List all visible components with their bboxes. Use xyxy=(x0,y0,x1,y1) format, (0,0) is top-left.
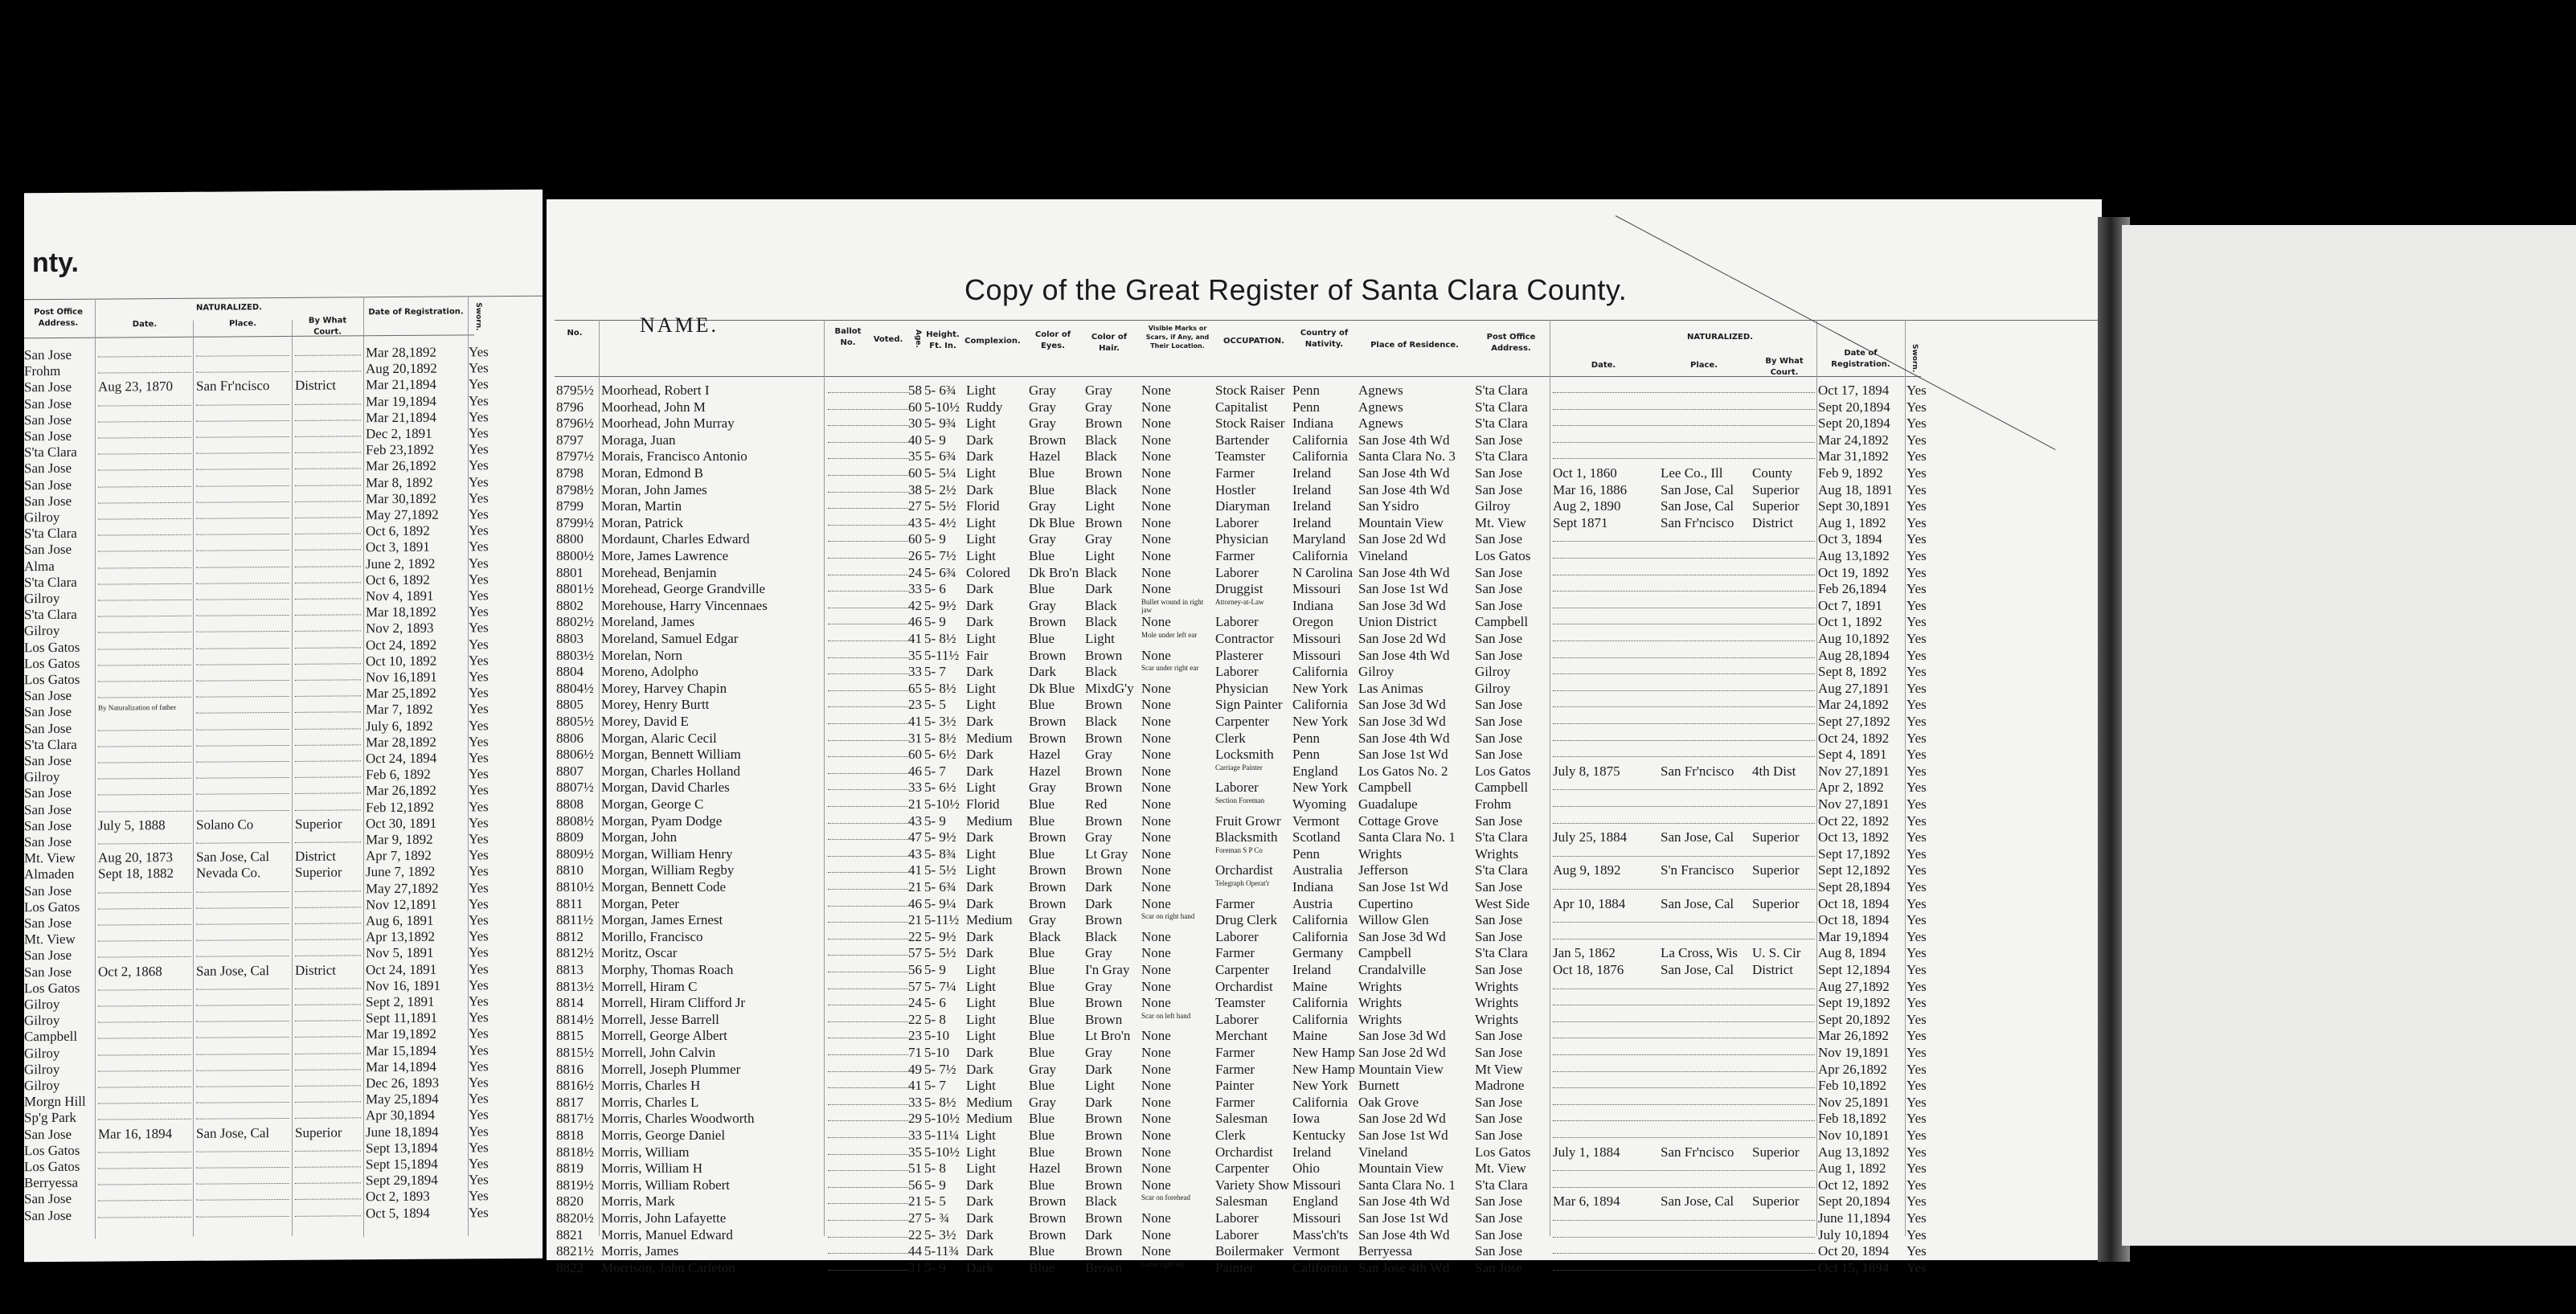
sworn-cell: Yes xyxy=(1906,796,1935,812)
residence-cell: Jefferson xyxy=(1358,862,1471,878)
registration-date-cell: Sept 15,1894 xyxy=(366,1156,466,1172)
post-office-cell: San Jose xyxy=(1475,1095,1549,1110)
sworn-cell: Yes xyxy=(1906,763,1935,779)
nativity-cell: California xyxy=(1292,448,1357,464)
hair-color-cell: Black xyxy=(1085,598,1140,613)
register-number: 8815½ xyxy=(556,1045,600,1060)
sworn-cell: Yes xyxy=(469,522,501,538)
dotted-leader xyxy=(295,930,361,941)
complexion-cell: Light xyxy=(966,681,1026,696)
dotted-leader xyxy=(1553,383,1815,393)
sworn-cell: Yes xyxy=(469,702,501,717)
sworn-cell: Yes xyxy=(1906,614,1935,629)
occupation-cell: Laborer xyxy=(1215,1210,1292,1226)
table-row: San JoseOct 3, 1891Yes xyxy=(24,538,506,557)
residence-cell: Oak Grove xyxy=(1358,1095,1471,1110)
dotted-leader xyxy=(828,1160,908,1171)
post-office-cell: San Jose xyxy=(24,834,95,850)
height-cell: 5- 5½ xyxy=(924,862,964,878)
header-post-office: Post Office Address. xyxy=(1475,332,1547,354)
dotted-leader xyxy=(196,800,289,812)
age-cell: 35 xyxy=(908,648,924,663)
post-office-cell: Mt. View xyxy=(24,850,95,866)
table-row: CampbellMar 19,1892Yes xyxy=(24,1025,506,1044)
sworn-cell: Yes xyxy=(1906,1210,1935,1226)
hair-color-cell: Red xyxy=(1085,796,1140,812)
post-office-cell: San Jose xyxy=(24,753,95,769)
dotted-leader xyxy=(1553,813,1815,824)
sworn-cell: Yes xyxy=(1906,498,1935,514)
table-row: 8810Morgan, William Regby415- 5½LightBro… xyxy=(547,862,2090,878)
complexion-cell: Light xyxy=(966,1012,1026,1027)
dotted-leader xyxy=(98,346,191,358)
header-height: Height. Ft. In. xyxy=(923,330,963,352)
hair-color-cell: Brown xyxy=(1085,1243,1140,1259)
visible-marks-cell: None xyxy=(1141,1078,1214,1093)
eye-color-cell: Blue xyxy=(1029,1078,1083,1093)
sworn-cell: Yes xyxy=(1906,1177,1935,1193)
post-office-cell: Campbell xyxy=(1475,780,1549,795)
eye-color-cell: Blue xyxy=(1029,1012,1083,1027)
hair-color-cell: Black xyxy=(1085,664,1140,679)
table-row: 8807Morgan, Charles Holland465- 7DarkHaz… xyxy=(547,763,2090,779)
eye-color-cell: Hazel xyxy=(1029,448,1083,464)
post-office-cell: San Jose xyxy=(1475,912,1549,927)
hair-color-cell: Brown xyxy=(1085,465,1140,481)
sworn-cell: Yes xyxy=(1906,664,1935,679)
registration-date-cell: Oct 3, 1891 xyxy=(366,539,466,555)
left-header-nat-place: Place. xyxy=(195,318,291,330)
height-cell: 5-11½ xyxy=(924,912,964,927)
occupation-cell: Laborer xyxy=(1215,515,1292,530)
register-number: 8813 xyxy=(556,962,600,977)
nativity-cell: Missouri xyxy=(1292,648,1357,663)
hair-color-cell: Gray xyxy=(1085,531,1140,546)
hair-color-cell: Brown xyxy=(1085,648,1140,663)
visible-marks-cell: None xyxy=(1141,747,1214,762)
registration-date-cell: Oct 24, 1892 xyxy=(366,637,466,653)
residence-cell: San Jose 3d Wd xyxy=(1358,1028,1471,1043)
residence-cell: Wrights xyxy=(1358,995,1471,1010)
post-office-cell: S'ta Clara xyxy=(1475,383,1549,398)
registration-date-cell: Sept 27,1892 xyxy=(1818,714,1905,729)
voter-name: Morehead, Benjamin xyxy=(601,565,822,580)
nat-court-cell: U. S. Cir xyxy=(1752,945,1816,960)
age-cell: 42 xyxy=(908,598,924,613)
nat-date-cell: Aug 20, 1873 xyxy=(98,849,193,866)
visible-marks-cell: None xyxy=(1141,1243,1214,1259)
nativity-cell: California xyxy=(1292,1012,1357,1027)
occupation-cell: Clerk xyxy=(1215,1128,1292,1143)
register-number: 8802 xyxy=(556,598,600,613)
dotted-leader xyxy=(98,557,191,568)
nat-place-cell: San Jose, Cal xyxy=(196,849,291,865)
hair-color-cell: Light xyxy=(1085,548,1140,563)
dotted-leader xyxy=(98,574,191,585)
nat-place-cell: San Jose, Cal xyxy=(1661,829,1751,845)
dotted-leader xyxy=(1553,631,1815,641)
sworn-cell: Yes xyxy=(469,1140,501,1155)
dotted-leader xyxy=(828,432,908,443)
dotted-leader xyxy=(98,882,191,893)
dotted-leader xyxy=(828,1243,908,1254)
voter-name: Morey, Harvey Chapin xyxy=(601,681,822,696)
page-title: Copy of the Great Register of Santa Clar… xyxy=(964,273,1627,307)
hair-color-cell: Black xyxy=(1085,448,1140,464)
occupation-cell: Laborer xyxy=(1215,565,1292,580)
visible-marks-cell: None xyxy=(1141,1177,1214,1193)
post-office-cell: San Jose xyxy=(24,395,95,411)
visible-marks-cell: None xyxy=(1141,945,1214,960)
dotted-leader xyxy=(196,768,289,779)
sworn-cell: Yes xyxy=(1906,1243,1935,1259)
eye-color-cell: Blue xyxy=(1029,846,1083,862)
register-number: 8815 xyxy=(556,1028,600,1043)
dotted-leader xyxy=(1553,531,1815,542)
registration-date-cell: Apr 26,1892 xyxy=(1818,1062,1905,1077)
eye-color-cell: Brown xyxy=(1029,714,1083,729)
dotted-leader xyxy=(98,655,191,666)
registration-date-cell: Sept 4, 1891 xyxy=(1818,747,1905,762)
dotted-leader xyxy=(98,428,191,439)
sworn-cell: Yes xyxy=(1906,598,1935,613)
header-name: NAME. xyxy=(611,320,747,331)
table-row: 8802Morehouse, Harry Vincennaes425- 9½Da… xyxy=(547,598,2090,613)
eye-color-cell: Blue xyxy=(1029,1045,1083,1060)
hair-color-cell: Brown xyxy=(1085,912,1140,927)
height-cell: 5-10½ xyxy=(924,1144,964,1160)
post-office-cell: San Jose xyxy=(24,720,95,736)
voter-name: Morrell, Jesse Barrell xyxy=(601,1012,822,1027)
dotted-leader xyxy=(828,515,908,526)
registration-date-cell: Nov 2, 1893 xyxy=(366,620,466,637)
hair-color-cell: Gray xyxy=(1085,979,1140,994)
post-office-cell: San Jose xyxy=(1475,1193,1549,1209)
height-cell: 5-11½ xyxy=(924,648,964,663)
residence-cell: San Jose 2d Wd xyxy=(1358,1111,1471,1126)
voter-name: Moreland, Samuel Edgar xyxy=(601,631,822,646)
table-row: Los GatosSept 15,1894Yes xyxy=(24,1156,506,1174)
complexion-cell: Light xyxy=(966,465,1026,481)
height-cell: 5- 4½ xyxy=(924,515,964,530)
eye-color-cell: Dk Blue xyxy=(1029,515,1083,530)
post-office-cell: Gilroy xyxy=(24,510,95,526)
age-cell: 33 xyxy=(908,664,924,679)
nat-court-cell: District xyxy=(295,848,363,864)
registration-date-cell: Mar 24,1892 xyxy=(1818,697,1905,712)
post-office-cell: S'ta Clara xyxy=(1475,862,1549,878)
table-row: San JoseMay 27,1892Yes xyxy=(24,880,506,899)
height-cell: 5- 3½ xyxy=(924,714,964,729)
occupation-cell: Physician xyxy=(1215,531,1292,546)
voter-name: Morillo, Francisco xyxy=(601,929,822,944)
dotted-leader xyxy=(295,718,361,730)
table-row: San JoseAug 23, 1870San Fr'nciscoDistric… xyxy=(24,376,506,395)
height-cell: 5-10½ xyxy=(924,796,964,812)
occupation-cell: Carpenter xyxy=(1215,962,1292,977)
occupation-cell: Drug Clerk xyxy=(1215,912,1292,927)
dotted-leader xyxy=(1553,780,1815,790)
age-cell: 24 xyxy=(908,995,924,1010)
table-row: AlmaJune 2, 1892Yes xyxy=(24,555,506,574)
eye-color-cell: Blue xyxy=(1029,1177,1083,1193)
eye-color-cell: Gray xyxy=(1029,383,1083,398)
nat-date-cell: Aug 9, 1892 xyxy=(1553,862,1659,878)
dotted-leader xyxy=(98,460,191,471)
voter-name: Morris, William Robert xyxy=(601,1177,822,1193)
residence-cell: Vineland xyxy=(1358,548,1471,563)
post-office-cell: Almaden xyxy=(24,866,95,882)
nativity-cell: Ireland xyxy=(1292,962,1357,977)
register-number: 8817 xyxy=(556,1095,600,1110)
nat-place-cell: San Jose, Cal xyxy=(1661,498,1751,514)
sworn-cell: Yes xyxy=(469,783,501,798)
registration-date-cell: Aug 13,1892 xyxy=(1818,548,1905,563)
hair-color-cell: Black xyxy=(1085,929,1140,944)
post-office-cell: San Jose xyxy=(1475,598,1549,613)
age-cell: 58 xyxy=(908,383,924,398)
post-office-cell: San Jose xyxy=(24,882,95,899)
dotted-leader xyxy=(1553,415,1815,426)
age-cell: 51 xyxy=(908,1160,924,1176)
header-marks: Visible Marks or Scars, if Any, and Thei… xyxy=(1141,324,1214,350)
age-cell: 57 xyxy=(908,945,924,960)
sworn-cell: Yes xyxy=(1906,697,1935,712)
dotted-leader xyxy=(295,394,361,405)
height-cell: 5- 9 xyxy=(924,531,964,546)
dotted-leader xyxy=(98,1028,191,1039)
header-rule xyxy=(555,320,2098,321)
sworn-cell: Yes xyxy=(469,441,501,456)
voter-name: Morris, William xyxy=(601,1144,822,1160)
complexion-cell: Light xyxy=(966,383,1026,398)
dotted-leader xyxy=(295,1206,361,1217)
complexion-cell: Light xyxy=(966,846,1026,862)
registration-date-cell: Oct 15, 1894 xyxy=(1818,1260,1905,1275)
nat-court-cell: Superior xyxy=(1752,482,1816,497)
complexion-cell: Light xyxy=(966,862,1026,878)
post-office-cell: S'ta Clara xyxy=(24,574,95,590)
post-office-cell: Wrights xyxy=(1475,1012,1549,1027)
nat-court-cell: District xyxy=(1752,962,1816,977)
post-office-cell: Gilroy xyxy=(1475,498,1549,514)
register-number: 8811 xyxy=(556,896,600,911)
header-residence: Place of Residence. xyxy=(1358,340,1471,351)
registration-date-cell: Oct 22, 1892 xyxy=(1818,813,1905,829)
occupation-cell: Farmer xyxy=(1215,548,1292,563)
residence-cell: Campbell xyxy=(1358,945,1471,960)
table-row: GilroySept 11,1891Yes xyxy=(24,1009,506,1028)
dotted-leader xyxy=(98,590,191,601)
table-row: 8800½More, James Lawrence265- 7½LightBlu… xyxy=(547,548,2090,563)
occupation-cell: Blacksmith xyxy=(1215,829,1292,845)
height-cell: 5- 3½ xyxy=(924,1227,964,1242)
registration-date-cell: Nov 19,1891 xyxy=(1818,1045,1905,1060)
dotted-leader xyxy=(98,638,191,649)
age-cell: 41 xyxy=(908,862,924,878)
header-age: Age. xyxy=(912,330,924,348)
registration-date-cell: Oct 7, 1891 xyxy=(1818,598,1905,613)
residence-cell: Crandalville xyxy=(1358,962,1471,977)
table-row: San JoseMar 25,1892Yes xyxy=(24,685,506,703)
visible-marks-cell: None xyxy=(1141,1028,1214,1043)
complexion-cell: Dark xyxy=(966,879,1026,894)
height-cell: 5- 8 xyxy=(924,1012,964,1027)
age-cell: 29 xyxy=(908,1111,924,1126)
voter-name: Morgan, Peter xyxy=(601,896,822,911)
post-office-cell: San Jose xyxy=(24,817,95,833)
hair-color-cell: Black xyxy=(1085,714,1140,729)
registration-date-cell: Oct 24, 1892 xyxy=(1818,731,1905,746)
eye-color-cell: Gray xyxy=(1029,1095,1083,1110)
visible-marks-cell: None xyxy=(1141,813,1214,829)
nat-date-cell: Mar 16, 1886 xyxy=(1553,482,1659,497)
dotted-leader xyxy=(196,702,289,714)
sworn-cell: Yes xyxy=(1906,399,1935,415)
dotted-leader xyxy=(196,492,289,503)
voter-name: Morgan, Alaric Cecil xyxy=(601,731,822,746)
dotted-leader xyxy=(1553,912,1815,923)
post-office-cell: San Jose xyxy=(24,688,95,704)
nativity-cell: Penn xyxy=(1292,747,1357,762)
dotted-leader xyxy=(828,648,908,658)
height-cell: 5- 8¾ xyxy=(924,846,964,862)
dotted-leader xyxy=(295,946,361,957)
residence-cell: San Jose 4th Wd xyxy=(1358,1193,1471,1209)
hair-color-cell: Brown xyxy=(1085,780,1140,795)
sworn-cell: Yes xyxy=(469,799,501,814)
complexion-cell: Light xyxy=(966,1128,1026,1143)
dotted-leader xyxy=(295,475,361,486)
occupation-cell: Contractor xyxy=(1215,631,1292,646)
nativity-cell: California xyxy=(1292,432,1357,448)
residence-cell: San Jose 2d Wd xyxy=(1358,1045,1471,1060)
registration-date-cell: Nov 16, 1891 xyxy=(366,977,466,993)
visible-marks-cell: None xyxy=(1141,548,1214,563)
nat-court-cell: Superior xyxy=(295,1124,363,1140)
nat-place-cell: San Fr'ncisco xyxy=(1661,515,1751,530)
visible-marks-cell: None xyxy=(1141,415,1214,431)
sworn-cell: Yes xyxy=(1906,962,1935,977)
registration-date-cell: Feb 10,1892 xyxy=(1818,1078,1905,1093)
occupation-cell: Salesman xyxy=(1215,1111,1292,1126)
sworn-cell: Yes xyxy=(1906,879,1935,894)
table-row: 8809Morgan, John475- 9½DarkBrownGrayNone… xyxy=(547,829,2090,845)
nat-court-cell: District xyxy=(1752,515,1816,530)
dotted-leader xyxy=(828,1028,908,1038)
hair-color-cell: Gray xyxy=(1085,383,1140,398)
post-office-cell: San Jose xyxy=(1475,697,1549,712)
hair-color-cell: Dark xyxy=(1085,1062,1140,1077)
nat-date-cell: Apr 10, 1884 xyxy=(1553,896,1659,911)
height-cell: 5- 7 xyxy=(924,664,964,679)
sworn-cell: Yes xyxy=(1906,1193,1935,1209)
eye-color-cell: Gray xyxy=(1029,415,1083,431)
dotted-leader xyxy=(828,929,908,939)
complexion-cell: Dark xyxy=(966,1177,1026,1193)
eye-color-cell: Brown xyxy=(1029,896,1083,911)
sworn-cell: Yes xyxy=(469,750,501,765)
sworn-cell: Yes xyxy=(469,993,501,1009)
eye-color-cell: Blue xyxy=(1029,1260,1083,1275)
sworn-cell: Yes xyxy=(469,1107,501,1123)
post-office-cell: San Jose xyxy=(1475,1227,1549,1242)
hair-color-cell: Brown xyxy=(1085,1160,1140,1176)
voter-name: Morphy, Thomas Roach xyxy=(601,962,822,977)
sworn-cell: Yes xyxy=(469,409,501,424)
post-office-cell: Gilroy xyxy=(24,591,95,607)
dotted-leader xyxy=(828,448,908,459)
dotted-leader xyxy=(1553,929,1815,939)
nat-place-cell: San Jose, Cal xyxy=(1661,962,1751,977)
table-row: GilroyFeb 6, 1892Yes xyxy=(24,766,506,784)
visible-marks-cell: Lame right leg xyxy=(1141,1260,1214,1268)
visible-marks-cell: None xyxy=(1141,1111,1214,1126)
dotted-leader xyxy=(828,896,908,907)
table-row: GilroySept 2, 1891Yes xyxy=(24,993,506,1012)
registration-date-cell: Nov 25,1891 xyxy=(1818,1095,1905,1110)
occupation-cell: Locksmith xyxy=(1215,747,1292,762)
sworn-cell: Yes xyxy=(469,685,501,700)
dotted-leader xyxy=(98,1142,191,1153)
dotted-leader xyxy=(1553,681,1815,691)
register-number: 8800½ xyxy=(556,548,600,563)
age-cell: 31 xyxy=(908,1260,924,1275)
register-number: 8800 xyxy=(556,531,600,546)
table-row: GilroyMar 15,1894Yes xyxy=(24,1042,506,1061)
dotted-leader xyxy=(196,1108,289,1120)
nativity-cell: N Carolina xyxy=(1292,565,1357,580)
sworn-cell: Yes xyxy=(1906,448,1935,464)
registration-date-cell: Oct 24, 1891 xyxy=(366,961,466,977)
registration-date-cell: Aug 6, 1891 xyxy=(366,912,466,928)
registration-date-cell: Oct 6, 1892 xyxy=(366,571,466,587)
dotted-leader xyxy=(98,493,191,504)
dotted-leader xyxy=(196,670,289,682)
hair-color-cell: Brown xyxy=(1085,697,1140,712)
registration-date-cell: Nov 5, 1891 xyxy=(366,945,466,961)
residence-cell: Mountain View xyxy=(1358,1062,1471,1077)
age-cell: 60 xyxy=(908,465,924,481)
eye-color-cell: Hazel xyxy=(1029,763,1083,779)
visible-marks-cell: None xyxy=(1141,565,1214,580)
nativity-cell: Oregon xyxy=(1292,614,1357,629)
registration-date-cell: Oct 13, 1892 xyxy=(1818,829,1905,845)
dotted-leader xyxy=(295,978,361,989)
dotted-leader xyxy=(295,556,361,567)
nativity-cell: Ireland xyxy=(1292,465,1357,481)
sworn-cell: Yes xyxy=(469,669,501,684)
dotted-leader xyxy=(828,995,908,1005)
complexion-cell: Dark xyxy=(966,896,1026,911)
table-row: San JoseMar 26,1892Yes xyxy=(24,782,506,800)
post-office-cell: Madrone xyxy=(1475,1078,1549,1093)
registration-date-cell: Aug 27,1892 xyxy=(1818,979,1905,994)
table-row: San JoseMar 19,1894Yes xyxy=(24,393,506,411)
nativity-cell: California xyxy=(1292,929,1357,944)
nat-court-cell: District xyxy=(295,378,363,394)
dotted-leader xyxy=(828,531,908,542)
nativity-cell: Penn xyxy=(1292,846,1357,862)
age-cell: 35 xyxy=(908,1144,924,1160)
age-cell: 60 xyxy=(908,747,924,762)
dotted-leader xyxy=(1553,1160,1815,1171)
occupation-cell: Bartender xyxy=(1215,432,1292,448)
register-number: 8805 xyxy=(556,697,600,712)
table-row: 8806½Morgan, Bennett William605- 6½DarkH… xyxy=(547,747,2090,762)
post-office-cell: S'ta Clara xyxy=(1475,829,1549,845)
occupation-cell: Diaryman xyxy=(1215,498,1292,514)
